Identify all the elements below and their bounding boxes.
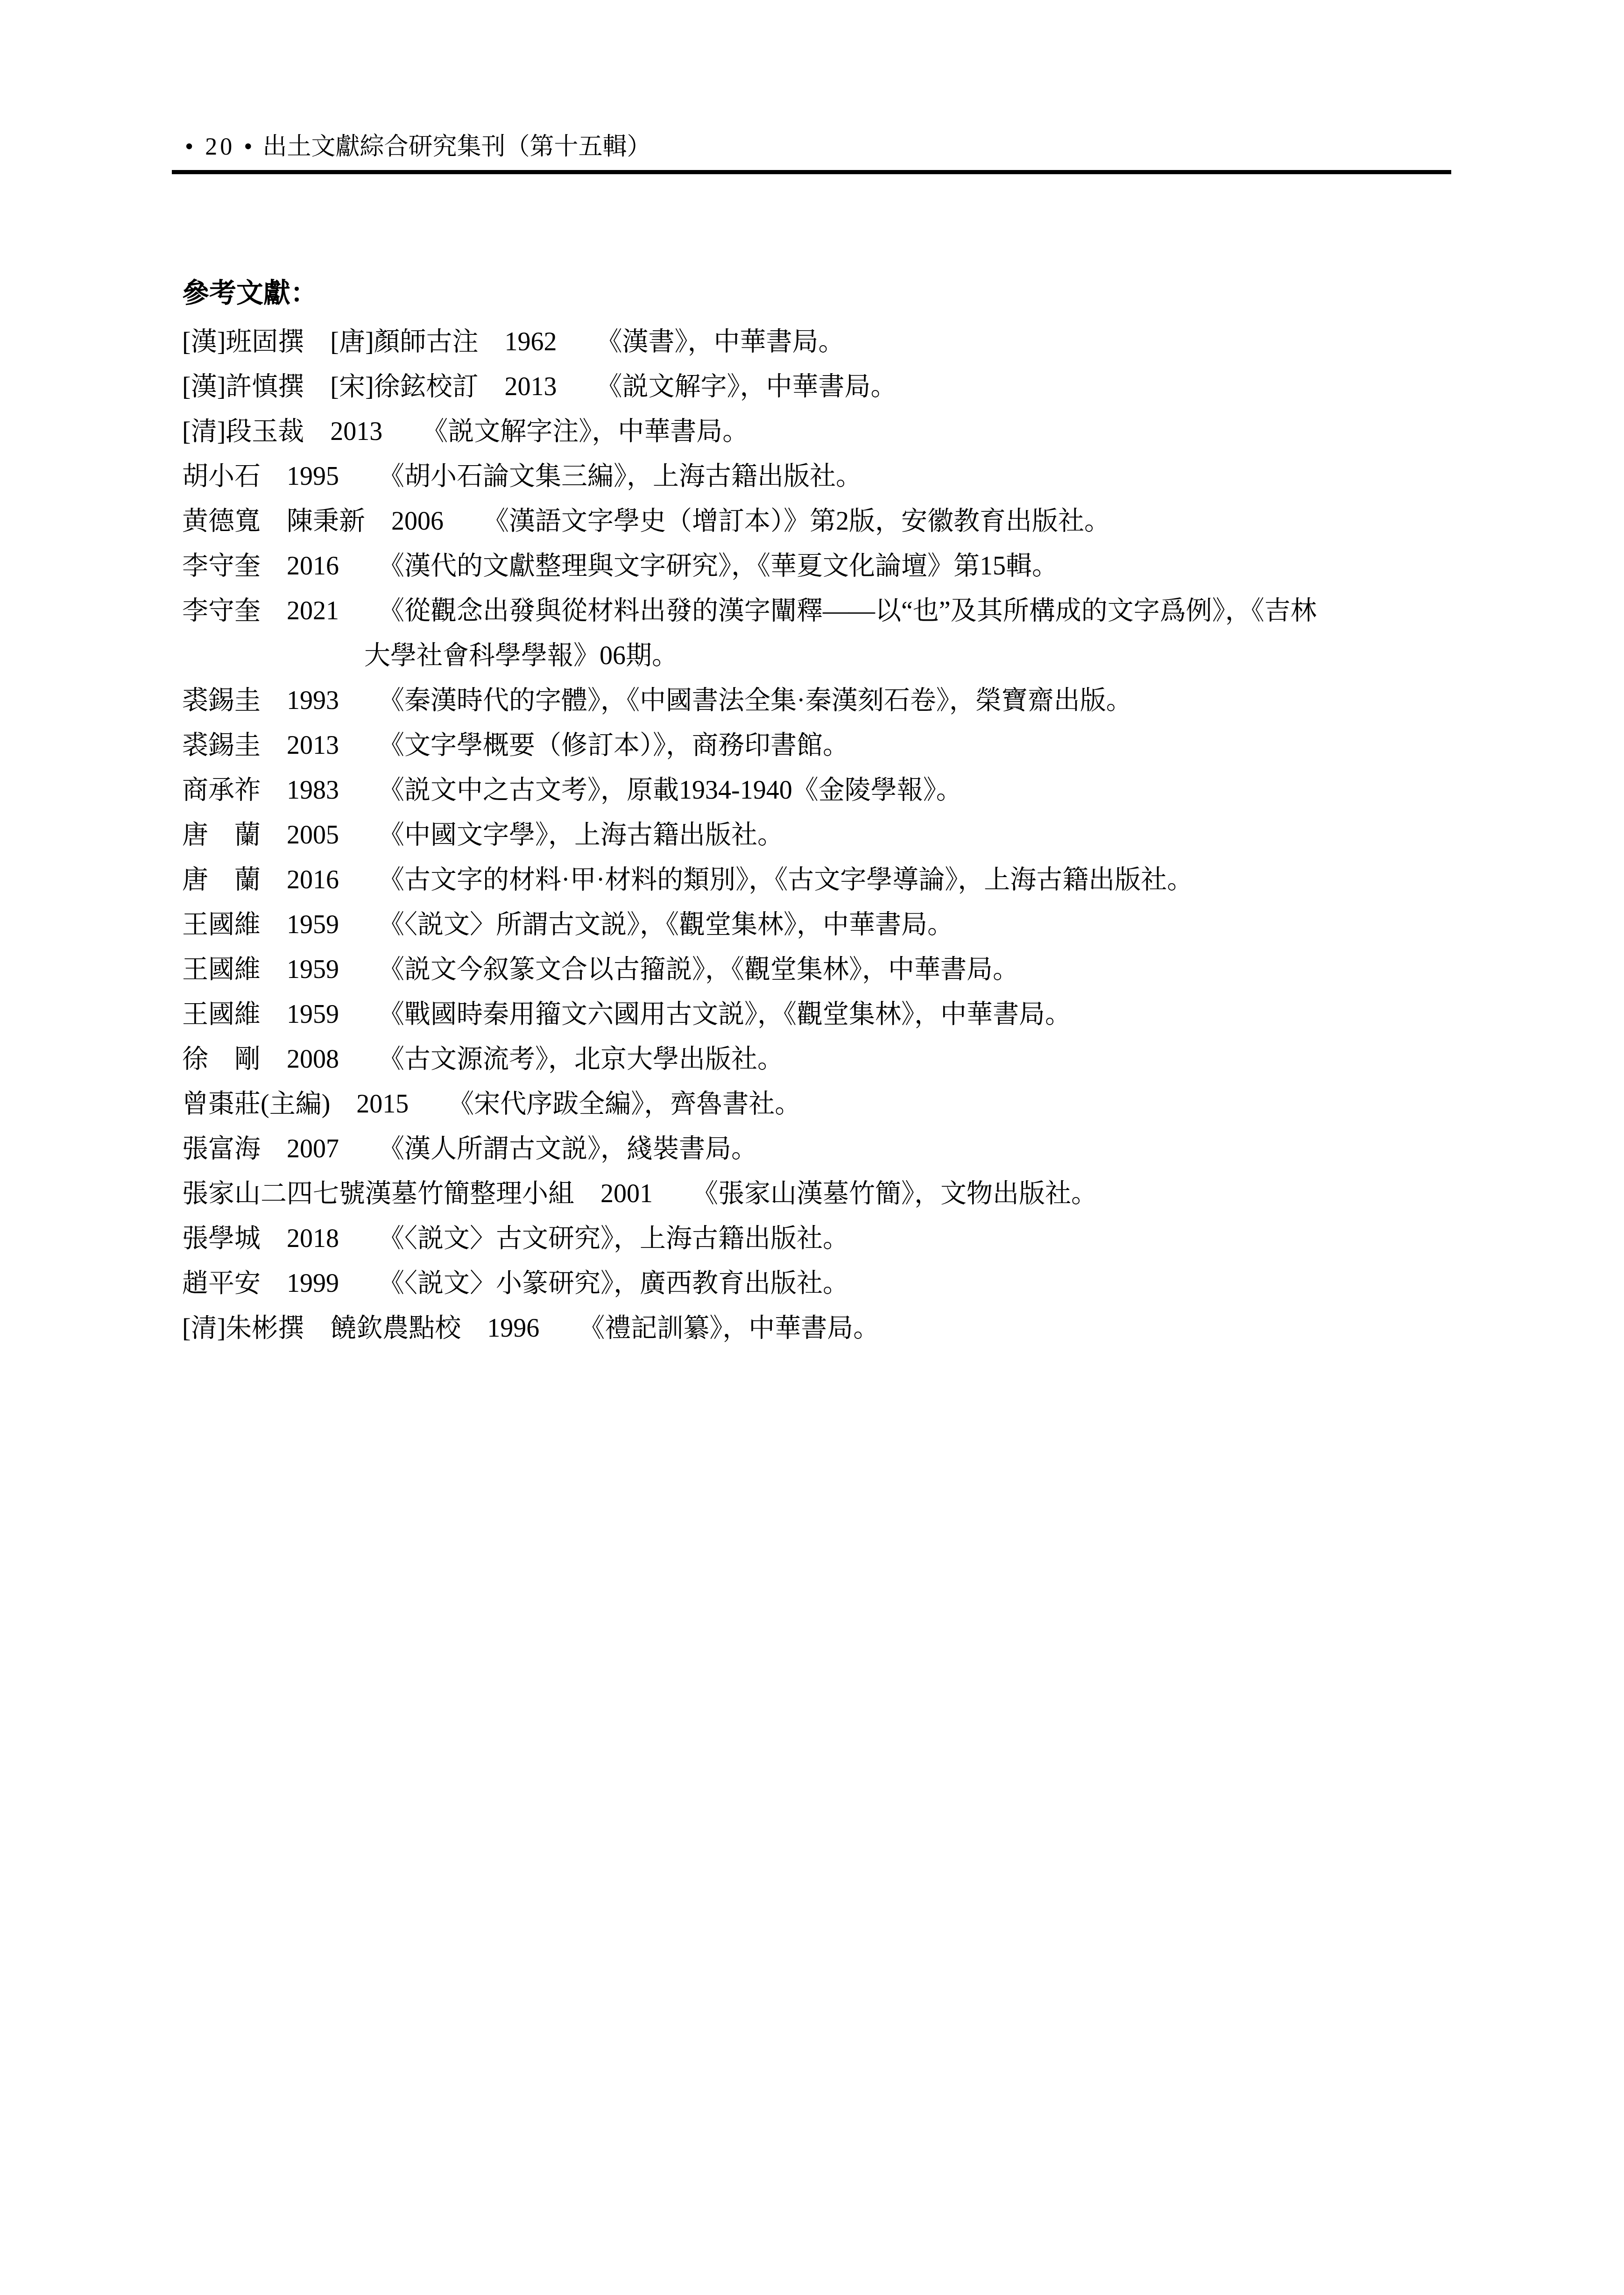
running-head: • 20 •出土文獻綜合研究集刊（第十五輯） — [185, 133, 1451, 162]
reference-entry: 趙平安 1999 《〈説文〉小篆研究》，廣西教育出版社。 — [182, 1261, 1471, 1306]
section-heading: 參考文獻： — [182, 271, 1471, 316]
reference-entry: [漢]許慎撰 [宋]徐鉉校訂 2013 《説文解字》，中華書局。 — [182, 364, 1471, 409]
reference-entry: 曾棗莊(主編) 2015 《宋代序跋全編》，齊魯書社。 — [182, 1082, 1471, 1126]
reference-entry: 張家山二四七號漢墓竹簡整理小組 2001 《張家山漢墓竹簡》，文物出版社。 — [182, 1171, 1471, 1216]
reference-entry: 裘錫圭 2013 《文字學概要（修訂本）》，商務印書館。 — [182, 723, 1471, 768]
reference-entry: 王國維 1959 《説文今叙篆文合以古籀説》，《觀堂集林》，中華書局。 — [182, 947, 1471, 992]
reference-entry: 王國維 1959 《〈説文〉所謂古文説》，《觀堂集林》，中華書局。 — [182, 902, 1471, 947]
reference-entry: 唐 蘭 2016 《古文字的材料·甲·材料的類別》，《古文字學導論》，上海古籍出… — [182, 857, 1471, 902]
reference-entry: 李守奎 2021 《從觀念出發與從材料出發的漢字闡釋——以“也”及其所構成的文字… — [182, 588, 1471, 633]
reference-entry: 胡小石 1995 《胡小石論文集三編》，上海古籍出版社。 — [182, 454, 1471, 499]
reference-entry: 大學社會科學學報》06期。 — [182, 633, 1471, 678]
document-page: • 20 •出土文獻綜合研究集刊（第十五輯） 參考文獻： [漢]班固撰 [唐]顏… — [0, 0, 1624, 2295]
page-content: 參考文獻： [漢]班固撰 [唐]顏師古注 1962 《漢書》，中華書局。[漢]許… — [182, 271, 1471, 1351]
reference-entry: 唐 蘭 2005 《中國文字學》，上海古籍出版社。 — [182, 813, 1471, 857]
reference-entry: 商承祚 1983 《説文中之古文考》，原載1934-1940《金陵學報》。 — [182, 768, 1471, 813]
header-rule — [172, 170, 1451, 174]
reference-entry: 黄德寬 陳秉新 2006 《漢語文字學史（增訂本）》第2版，安徽教育出版社。 — [182, 499, 1471, 544]
reference-list: [漢]班固撰 [唐]顏師古注 1962 《漢書》，中華書局。[漢]許慎撰 [宋]… — [182, 319, 1471, 1351]
reference-entry: 張富海 2007 《漢人所謂古文説》，綫裝書局。 — [182, 1126, 1471, 1171]
reference-entry: 王國維 1959 《戰國時秦用籀文六國用古文説》，《觀堂集林》，中華書局。 — [182, 992, 1471, 1037]
reference-entry: [漢]班固撰 [唐]顏師古注 1962 《漢書》，中華書局。 — [182, 319, 1471, 364]
reference-entry: [清]朱彬撰 饒欽農點校 1996 《禮記訓纂》，中華書局。 — [182, 1306, 1471, 1351]
reference-entry: [清]段玉裁 2013 《説文解字注》，中華書局。 — [182, 409, 1471, 454]
page-number-marker: • 20 • — [185, 134, 255, 160]
reference-entry: 徐 剛 2008 《古文源流考》，北京大學出版社。 — [182, 1037, 1471, 1082]
reference-entry: 李守奎 2016 《漢代的文獻整理與文字研究》，《華夏文化論壇》第15輯。 — [182, 544, 1471, 588]
reference-entry: 裘錫圭 1993 《秦漢時代的字體》，《中國書法全集·秦漢刻石卷》，榮寶齋出版。 — [182, 678, 1471, 723]
reference-entry: 張學城 2018 《〈説文〉古文研究》，上海古籍出版社。 — [182, 1216, 1471, 1261]
journal-title: 出土文獻綜合研究集刊（第十五輯） — [262, 134, 651, 160]
